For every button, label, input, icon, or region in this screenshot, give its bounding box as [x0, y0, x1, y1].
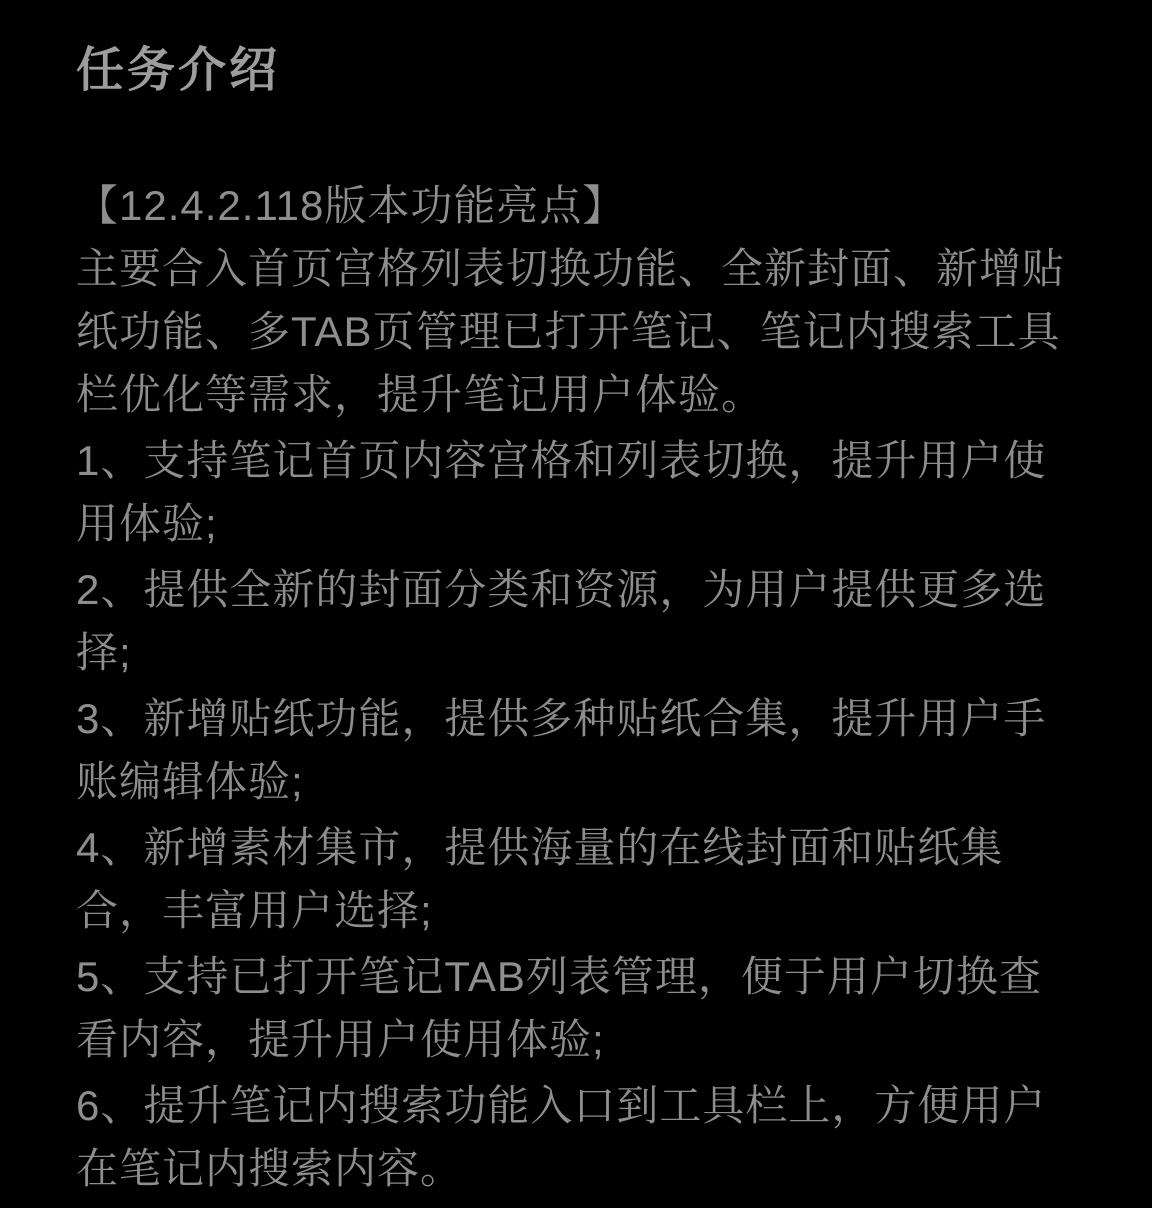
task-body: 【12.4.2.118版本功能亮点】 主要合入首页宫格列表切换功能、全新封面、新… — [76, 174, 1076, 1200]
feature-item-6: 6、提升笔记内搜索功能入口到工具栏上，方便用户在笔记内搜索内容。 — [76, 1074, 1076, 1200]
version-highlights-heading: 【12.4.2.118版本功能亮点】 — [76, 174, 1076, 237]
task-description-page: 任务介绍 【12.4.2.118版本功能亮点】 主要合入首页宫格列表切换功能、全… — [0, 0, 1152, 1208]
feature-item-4: 4、新增素材集市，提供海量的在线封面和贴纸集合，丰富用户选择; — [76, 816, 1076, 942]
page-title: 任务介绍 — [76, 42, 1076, 100]
feature-item-5: 5、支持已打开笔记TAB列表管理，便于用户切换查看内容，提升用户使用体验; — [76, 945, 1076, 1071]
feature-item-2: 2、提供全新的封面分类和资源，为用户提供更多选择; — [76, 558, 1076, 684]
feature-item-3: 3、新增贴纸功能，提供多种贴纸合集，提升用户手账编辑体验; — [76, 687, 1076, 813]
feature-item-1: 1、支持笔记首页内容宫格和列表切换，提升用户使用体验; — [76, 429, 1076, 555]
intro-paragraph: 主要合入首页宫格列表切换功能、全新封面、新增贴纸功能、多TAB页管理已打开笔记、… — [76, 237, 1076, 426]
